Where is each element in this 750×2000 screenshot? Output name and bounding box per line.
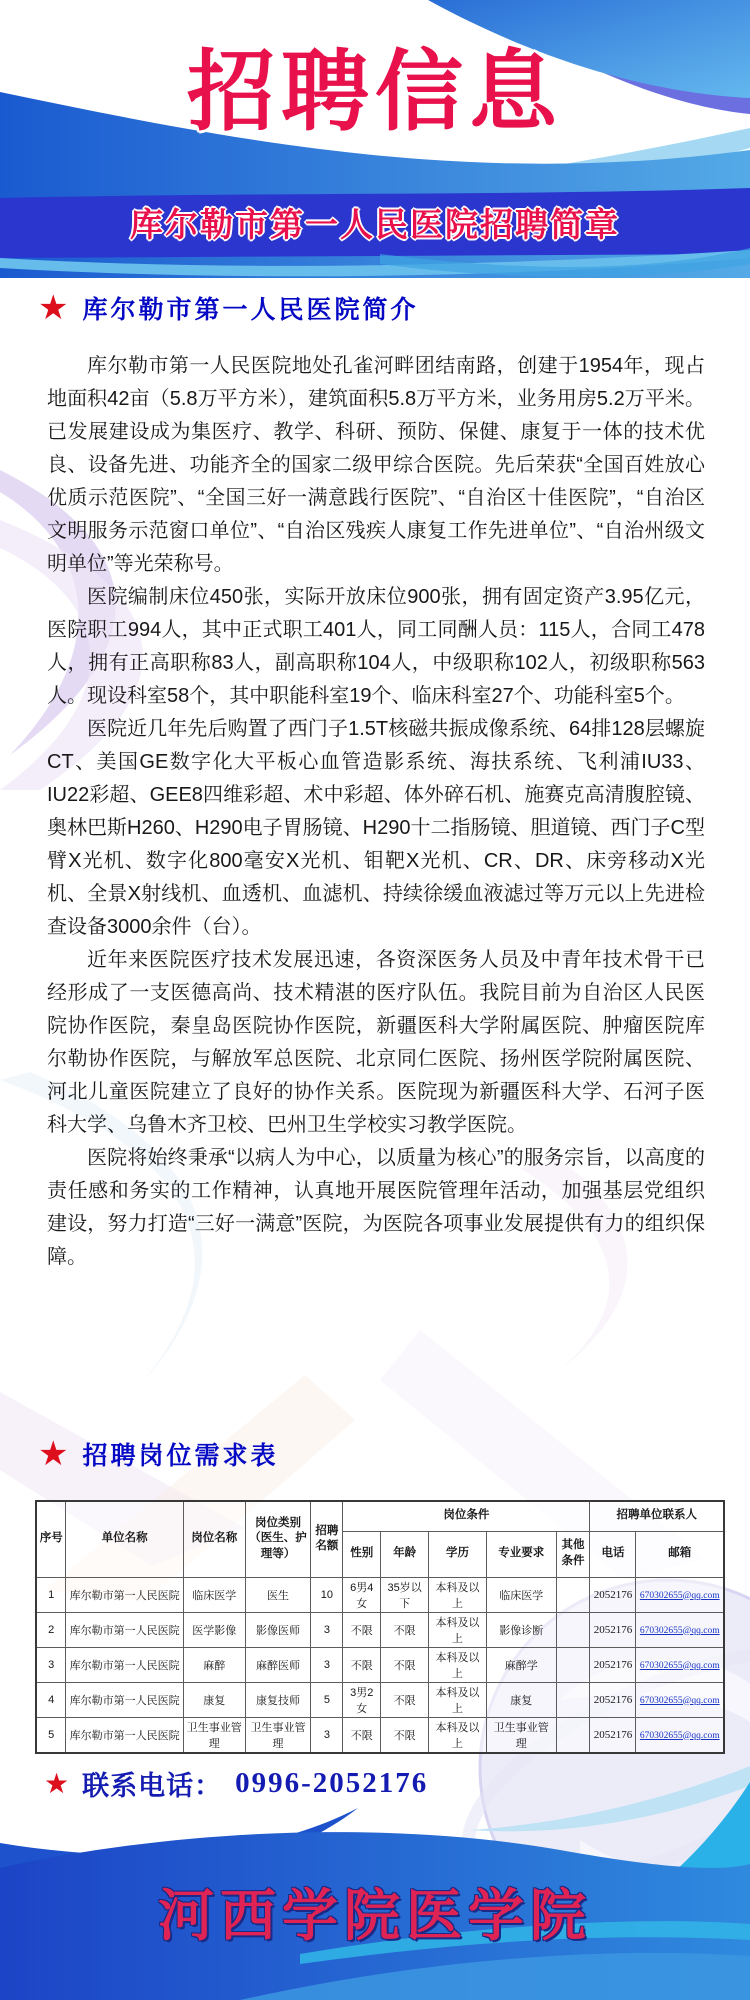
- email-cell: 670302655@qq.com: [636, 1647, 724, 1682]
- table-cell: 不限: [381, 1612, 429, 1647]
- jobs-section-label: 招聘岗位需求表: [82, 1436, 278, 1472]
- email-link[interactable]: 670302655@qq.com: [640, 1626, 720, 1636]
- table-cell: 医生: [245, 1577, 311, 1612]
- table-cell: 2052176: [590, 1647, 636, 1682]
- table-cell: 卫生事业管理: [486, 1717, 556, 1753]
- col-header-gender: 性别: [343, 1531, 381, 1577]
- contact-line: ★ 联系电话： 0996-2052176: [44, 1764, 428, 1803]
- table-cell: 卫生事业管理: [183, 1717, 245, 1753]
- table-cell: 麻醉医师: [245, 1647, 311, 1682]
- col-header-post: 岗位名称: [183, 1501, 245, 1577]
- table-cell: 麻醉: [183, 1647, 245, 1682]
- table-cell: 不限: [381, 1647, 429, 1682]
- intro-paragraph: 医院近几年先后购置了西门子1.5T核磁共振成像系统、64排128层螺旋CT、美国…: [47, 713, 705, 944]
- table-cell: 本科及以上: [429, 1647, 487, 1682]
- table-cell: 2: [36, 1612, 66, 1647]
- table-cell: 不限: [343, 1717, 381, 1753]
- table-cell: 本科及以上: [429, 1682, 487, 1717]
- table-cell: 医学影像: [183, 1612, 245, 1647]
- col-header-contact-group: 招聘单位联系人: [590, 1501, 724, 1531]
- intro-paragraph: 库尔勒市第一人民医院地处孔雀河畔团结南路，创建于1954年，现占地面积42亩（5…: [47, 350, 705, 581]
- star-icon: ★: [38, 1437, 68, 1471]
- table-cell: 3: [311, 1612, 343, 1647]
- intro-paragraph: 医院将始终秉承“以病人为中心，以质量为核心”的服务宗旨，以高度的责任感和务实的工…: [47, 1142, 705, 1274]
- table-cell: 库尔勒市第一人民医院: [66, 1647, 183, 1682]
- table-cell: 临床医学: [486, 1577, 556, 1612]
- table-cell: 2052176: [590, 1682, 636, 1717]
- table-cell: 5: [311, 1682, 343, 1717]
- table-cell: 本科及以上: [429, 1717, 487, 1753]
- email-link[interactable]: 670302655@qq.com: [640, 1731, 720, 1741]
- intro-paragraph: 近年来医院医疗技术发展迅速，各资深医务人员及中青年技术骨干已经形成了一支医德高尚…: [47, 944, 705, 1142]
- email-link[interactable]: 670302655@qq.com: [640, 1591, 720, 1601]
- table-cell: 5: [36, 1717, 66, 1753]
- table-cell: [556, 1682, 590, 1717]
- table-cell: 卫生事业管理: [245, 1717, 311, 1753]
- table-cell: 4: [36, 1682, 66, 1717]
- table-row: 3库尔勒市第一人民医院麻醉麻醉医师3不限不限本科及以上麻醉学2052176670…: [36, 1647, 724, 1682]
- col-header-education: 学历: [429, 1531, 487, 1577]
- email-link[interactable]: 670302655@qq.com: [640, 1696, 720, 1706]
- table-cell: 库尔勒市第一人民医院: [66, 1577, 183, 1612]
- table-cell: 10: [311, 1577, 343, 1612]
- intro-paragraph: 医院编制床位450张，实际开放床位900张，拥有固定资产3.95亿元，医院职工9…: [47, 581, 705, 713]
- table-cell: 临床医学: [183, 1577, 245, 1612]
- table-cell: 不限: [381, 1682, 429, 1717]
- col-header-age: 年龄: [381, 1531, 429, 1577]
- table-cell: 不限: [343, 1647, 381, 1682]
- table-cell: 影像诊断: [486, 1612, 556, 1647]
- table-cell: 库尔勒市第一人民医院: [66, 1717, 183, 1753]
- table-cell: [556, 1612, 590, 1647]
- email-cell: 670302655@qq.com: [636, 1682, 724, 1717]
- col-header-major: 专业要求: [486, 1531, 556, 1577]
- table-cell: 3: [311, 1717, 343, 1753]
- table-cell: 6男4女: [343, 1577, 381, 1612]
- table-cell: 2052176: [590, 1717, 636, 1753]
- table-cell: 3: [311, 1647, 343, 1682]
- contact-label: 联系电话：: [82, 1764, 222, 1803]
- table-cell: 2052176: [590, 1577, 636, 1612]
- col-header-category: 岗位类别（医生、护理等）: [245, 1501, 311, 1577]
- table-cell: 不限: [343, 1612, 381, 1647]
- footer-title: 河西学院医学院: [0, 1872, 750, 1952]
- table-cell: 本科及以上: [429, 1577, 487, 1612]
- table-row: 1库尔勒市第一人民医院临床医学医生106男4女35岁以下本科及以上临床医学205…: [36, 1577, 724, 1612]
- contact-phone: 0996-2052176: [235, 1767, 428, 1800]
- table-cell: 3: [36, 1647, 66, 1682]
- table-cell: 3男2女: [343, 1682, 381, 1717]
- table-cell: 本科及以上: [429, 1612, 487, 1647]
- table-cell: 康复: [486, 1682, 556, 1717]
- jobs-table: 序号 单位名称 岗位名称 岗位类别（医生、护理等） 招聘名额 岗位条件 招聘单位…: [35, 1500, 725, 1754]
- table-cell: 库尔勒市第一人民医院: [66, 1682, 183, 1717]
- table-row: 2库尔勒市第一人民医院医学影像影像医师3不限不限本科及以上影像诊断2052176…: [36, 1612, 724, 1647]
- table-cell: [556, 1577, 590, 1612]
- table-cell: 康复技师: [245, 1682, 311, 1717]
- table-row: 4库尔勒市第一人民医院康复康复技师53男2女不限本科及以上康复205217667…: [36, 1682, 724, 1717]
- col-header-email: 邮箱: [636, 1531, 724, 1577]
- table-row: 5库尔勒市第一人民医院卫生事业管理卫生事业管理3不限不限本科及以上卫生事业管理2…: [36, 1717, 724, 1753]
- email-cell: 670302655@qq.com: [636, 1577, 724, 1612]
- star-icon: ★: [44, 1770, 69, 1798]
- table-cell: 1: [36, 1577, 66, 1612]
- col-header-phone: 电话: [590, 1531, 636, 1577]
- table-cell: [556, 1717, 590, 1753]
- table-cell: 库尔勒市第一人民医院: [66, 1612, 183, 1647]
- email-link[interactable]: 670302655@qq.com: [640, 1661, 720, 1671]
- table-cell: 影像医师: [245, 1612, 311, 1647]
- col-header-other: 其他条件: [556, 1531, 590, 1577]
- intro-paragraphs: 库尔勒市第一人民医院地处孔雀河畔团结南路，创建于1954年，现占地面积42亩（5…: [47, 350, 705, 1274]
- table-cell: 康复: [183, 1682, 245, 1717]
- recruitment-poster: 招聘信息 库尔勒市第一人民医院招聘简章 ★ 库尔勒市第一人民医院简介 库尔勒市第…: [0, 0, 750, 2000]
- poster-title: 招聘信息: [0, 22, 750, 148]
- star-icon: ★: [38, 291, 68, 325]
- poster-subtitle: 库尔勒市第一人民医院招聘简章: [0, 197, 750, 253]
- jobs-table-body: 1库尔勒市第一人民医院临床医学医生106男4女35岁以下本科及以上临床医学205…: [36, 1577, 724, 1753]
- intro-section-title: ★ 库尔勒市第一人民医院简介: [38, 290, 419, 326]
- col-header-conditions-group: 岗位条件: [343, 1501, 590, 1531]
- jobs-section-title: ★ 招聘岗位需求表: [38, 1436, 279, 1472]
- col-header-unit: 单位名称: [66, 1501, 183, 1577]
- col-header-quota: 招聘名额: [311, 1501, 343, 1577]
- table-cell: 2052176: [590, 1612, 636, 1647]
- table-cell: 麻醉学: [486, 1647, 556, 1682]
- table-cell: [556, 1647, 590, 1682]
- email-cell: 670302655@qq.com: [636, 1717, 724, 1753]
- email-cell: 670302655@qq.com: [636, 1612, 724, 1647]
- col-header-seq: 序号: [36, 1501, 66, 1577]
- intro-section-label: 库尔勒市第一人民医院简介: [82, 290, 418, 326]
- table-cell: 35岁以下: [381, 1577, 429, 1612]
- table-cell: 不限: [381, 1717, 429, 1753]
